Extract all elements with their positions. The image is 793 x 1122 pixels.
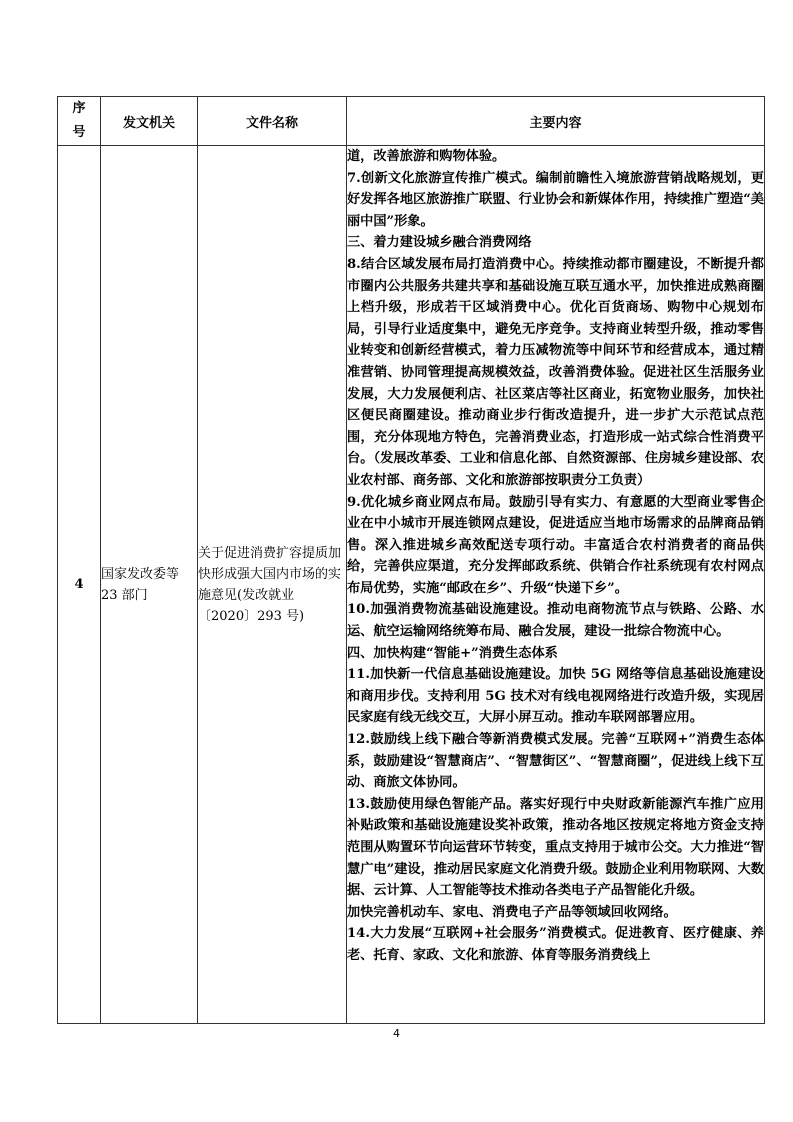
content-para: 8.结合区域发展布局打造消费中心。持续推动都市圈建设，不断提升都市圈内公共服务共… <box>347 254 764 492</box>
table-header-row: 序 号 发文机关 文件名称 主要内容 <box>58 97 765 146</box>
content-para: 11.加快新一代信息基础设施建设。加快 5G 网络等信息基础设施建设和商用步伐。… <box>347 664 764 729</box>
content-para: 加快完善机动车、家电、消费电子产品等领域回收网络。 <box>347 902 764 924</box>
content-para: 9.优化城乡商业网点布局。鼓励引导有实力、有意愿的大型商业零售企业在中小城市开展… <box>347 492 764 600</box>
header-seq: 序 号 <box>58 97 101 146</box>
content-para: 道，改善旅游和购物体验。 <box>347 146 764 168</box>
table-row: 4 国家发改委等 23 部门 关于促进消费扩容提质加快形成强大国内市场的实施意见… <box>58 146 765 1024</box>
header-main-content: 主要内容 <box>347 97 765 146</box>
content-para: 10.加强消费物流基础设施建设。推动电商物流节点与铁路、公路、水运、航空运输网络… <box>347 599 764 642</box>
header-doc-name: 文件名称 <box>198 97 347 146</box>
header-seq-line1: 序 <box>72 101 85 116</box>
section-heading: 四、加快构建“智能+”消费生态体系 <box>347 643 764 665</box>
header-issuer: 发文机关 <box>101 97 198 146</box>
page-number: 4 <box>0 1027 793 1040</box>
content-para: 12.鼓励线上线下融合等新消费模式发展。完善“互联网+”消费生态体系，鼓励建设“… <box>347 729 764 794</box>
header-seq-line2: 号 <box>72 125 85 140</box>
content-para: 13.鼓励使用绿色智能产品。落实好现行中央财政新能源汽车推广应用补贴政策和基础设… <box>347 794 764 902</box>
row-doc-name: 关于促进消费扩容提质加快形成强大国内市场的实施意见(发改就业〔2020〕293 … <box>198 146 347 1024</box>
row-seq: 4 <box>58 146 101 1024</box>
section-heading: 三、着力建设城乡融合消费网络 <box>347 232 764 254</box>
content-para: 7.创新文化旅游宣传推广模式。编制前瞻性入境旅游营销战略规划，更好发挥各地区旅游… <box>347 168 764 233</box>
row-issuer: 国家发改委等 23 部门 <box>101 146 198 1024</box>
document-page: 序 号 发文机关 文件名称 主要内容 4 国家发改委等 23 部门 关于促进消费… <box>0 0 793 1122</box>
policy-table: 序 号 发文机关 文件名称 主要内容 4 国家发改委等 23 部门 关于促进消费… <box>57 96 765 1024</box>
row-main-content: 道，改善旅游和购物体验。 7.创新文化旅游宣传推广模式。编制前瞻性入境旅游营销战… <box>347 146 765 1024</box>
content-para: 14.大力发展“互联网+社会服务”消费模式。促进教育、医疗健康、养老、托育、家政… <box>347 923 764 966</box>
